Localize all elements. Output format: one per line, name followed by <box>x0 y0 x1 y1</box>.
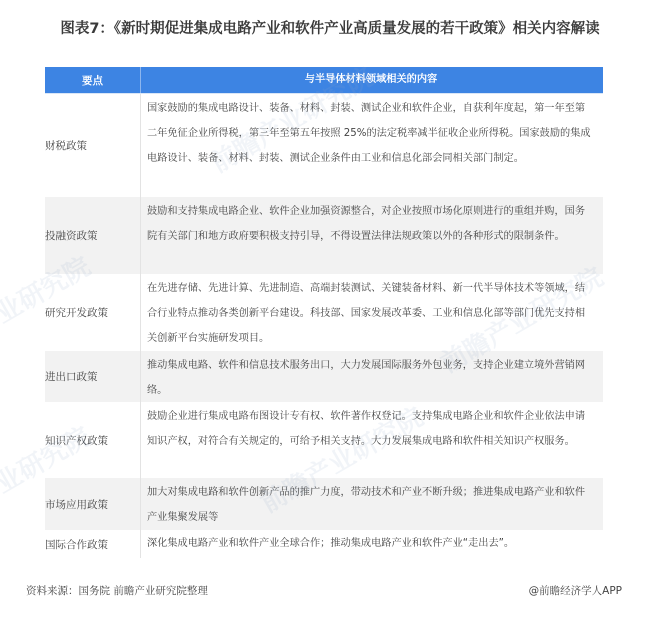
header-key: 要点 <box>45 67 141 93</box>
header-content: 与半导体材料领域相关的内容 <box>141 67 603 93</box>
row-key: 国际合作政策 <box>45 530 141 558</box>
table-header-row: 要点 与半导体材料领域相关的内容 <box>45 67 603 94</box>
table-row: 市场应用政策 加大对集成电路和软件创新产品的推广力度，带动技术和产业不断升级；推… <box>45 478 603 530</box>
row-key: 财税政策 <box>45 94 141 197</box>
row-content: 在先进存储、先进计算、先进制造、高端封装测试、关键装备材料、新一代半导体技术等领… <box>141 274 603 351</box>
table-row: 研究开发政策 在先进存储、先进计算、先进制造、高端封装测试、关键装备材料、新一代… <box>45 274 603 351</box>
row-key: 进出口政策 <box>45 351 141 402</box>
row-content: 国家鼓励的集成电路设计、装备、材料、封装、测试企业和软件企业，自获利年度起，第一… <box>141 94 603 197</box>
table-row: 进出口政策 推动集成电路、软件和信息技术服务出口，大力发展国际服务外包业务，支持… <box>45 351 603 402</box>
row-key: 研究开发政策 <box>45 274 141 351</box>
row-key: 投融资政策 <box>45 197 141 274</box>
row-content: 鼓励企业进行集成电路布图设计专有权、软件著作权登记。支持集成电路企业和软件企业依… <box>141 402 603 478</box>
credit-note: @前瞻经济学人APP <box>529 583 622 598</box>
row-content: 鼓励和支持集成电路企业、软件企业加强资源整合，对企业按照市场化原则进行的重组并购… <box>141 197 603 274</box>
row-content: 深化集成电路产业和软件产业全球合作；推动集成电路产业和软件产业“走出去”。 <box>141 530 603 558</box>
row-content: 推动集成电路、软件和信息技术服务出口，大力发展国际服务外包业务，支持企业建立境外… <box>141 351 603 402</box>
source-note: 资料来源：国务院 前瞻产业研究院整理 <box>26 583 208 598</box>
table-row: 知识产权政策 鼓励企业进行集成电路布图设计专有权、软件著作权登记。支持集成电路企… <box>45 402 603 478</box>
policy-table: 要点 与半导体材料领域相关的内容 财税政策 国家鼓励的集成电路设计、装备、材料、… <box>45 67 603 558</box>
table-row: 国际合作政策 深化集成电路产业和软件产业全球合作；推动集成电路产业和软件产业“走… <box>45 530 603 558</box>
table-row: 投融资政策 鼓励和支持集成电路企业、软件企业加强资源整合，对企业按照市场化原则进… <box>45 197 603 274</box>
chart-title: 图表7：《新时期促进集成电路产业和软件产业高质量发展的若干政策》相关内容解读 <box>0 17 660 38</box>
row-key: 市场应用政策 <box>45 478 141 530</box>
table-row: 财税政策 国家鼓励的集成电路设计、装备、材料、封装、测试企业和软件企业，自获利年… <box>45 94 603 197</box>
row-key: 知识产权政策 <box>45 402 141 478</box>
row-content: 加大对集成电路和软件创新产品的推广力度，带动技术和产业不断升级；推进集成电路产业… <box>141 478 603 530</box>
